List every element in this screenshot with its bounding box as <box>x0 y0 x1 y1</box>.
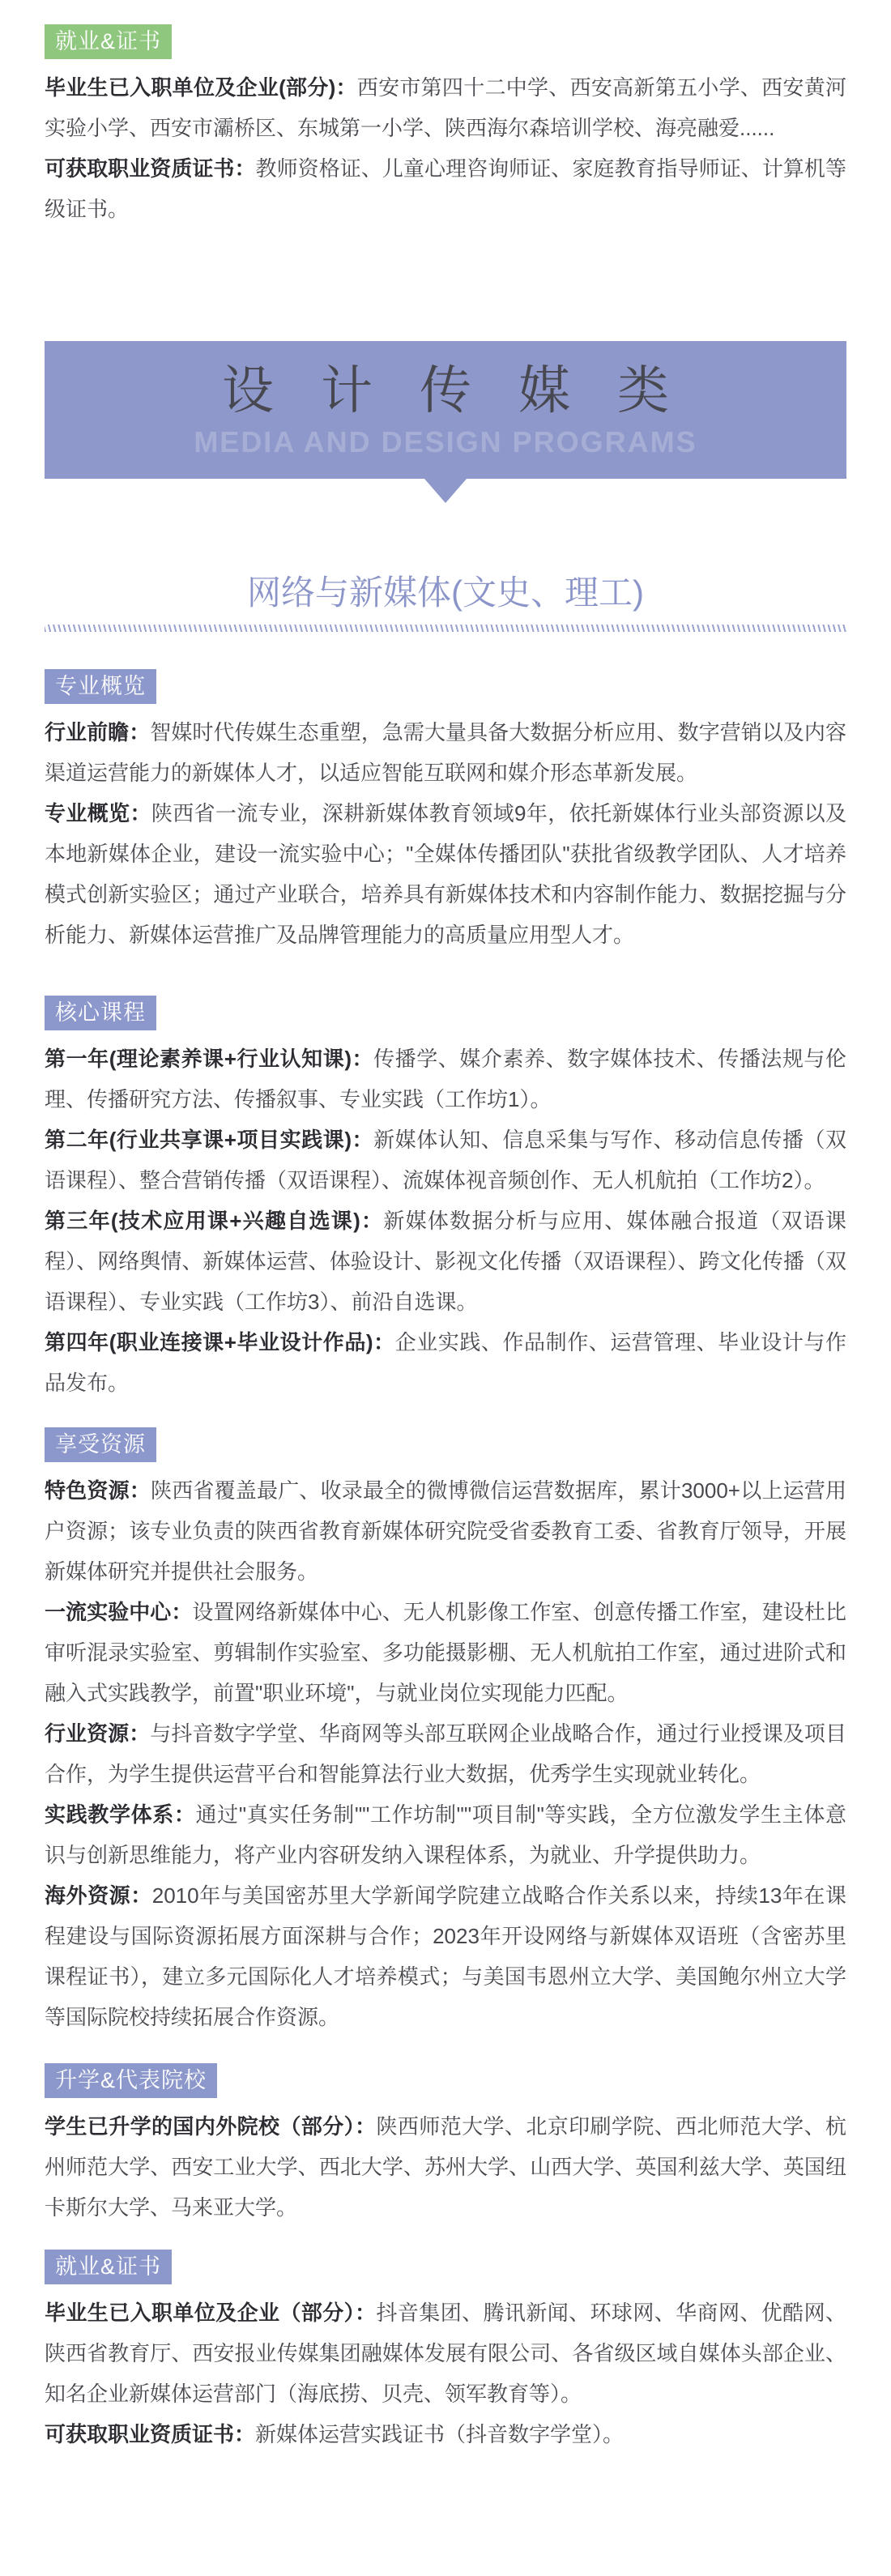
paragraph-certificates-top: 可获取职业资质证书：教师资格证、儿童心理咨询师证、家庭教育指导师证、计算机等级证… <box>45 148 846 229</box>
paragraph-text: 新媒体运营实践证书（抖音数字学堂）。 <box>255 2422 624 2446</box>
paragraph-label: 毕业生已入职单位及企业（部分）： <box>45 2301 376 2325</box>
paragraph-label: 第四年(职业连接课+毕业设计作品)： <box>45 1330 395 1354</box>
section-overview: 专业概览 行业前瞻：智媒时代传媒生态重塑，急需大量具备大数据分析应用、数字营销以… <box>45 669 846 955</box>
paragraph-label: 第一年(理论素养课+行业认知课)： <box>45 1047 373 1071</box>
paragraph-graduate-employers-top: 毕业生已入职单位及企业(部分)：西安市第四十二中学、西安高新第五小学、西安黄河实… <box>45 67 846 148</box>
page: 就业&证书 毕业生已入职单位及企业(部分)：西安市第四十二中学、西安高新第五小学… <box>0 0 891 2576</box>
badge-further-study: 升学&代表院校 <box>45 2063 217 2098</box>
banner-subtitle: MEDIA AND DESIGN PROGRAMS <box>45 425 846 459</box>
program-title: 网络与新媒体(文史、理工) <box>45 573 846 613</box>
paragraph-label: 行业资源： <box>45 1721 150 1746</box>
paragraph-text: 2010年与美国密苏里大学新闻学院建立战略合作关系以来，持续13年在课程建设与国… <box>45 1883 846 2029</box>
paragraph-text: 陕西省一流专业，深耕新媒体教育领域9年，依托新媒体行业头部资源以及本地新媒体企业… <box>45 801 846 947</box>
paragraph-lab-center: 一流实验中心：设置网络新媒体中心、无人机影像工作室、创意传播工作室，建设杜比审听… <box>45 1592 846 1713</box>
hatched-divider <box>45 625 846 632</box>
paragraph-year-4: 第四年(职业连接课+毕业设计作品)：企业实践、作品制作、运营管理、毕业设计与作品… <box>45 1322 846 1403</box>
paragraph-label: 一流实验中心： <box>45 1600 192 1624</box>
paragraph-program-overview: 专业概览：陕西省一流专业，深耕新媒体教育领域9年，依托新媒体行业头部资源以及本地… <box>45 793 846 955</box>
paragraph-label: 可获取职业资质证书： <box>45 2422 255 2446</box>
paragraph-label: 海外资源： <box>45 1883 152 1908</box>
paragraph-label: 可获取职业资质证书： <box>45 156 256 181</box>
banner-pointer-triangle <box>424 479 467 503</box>
section-bottom-employment: 就业&证书 毕业生已入职单位及企业（部分）：抖音集团、腾讯新闻、环球网、华商网、… <box>45 2250 846 2454</box>
paragraph-industry-outlook: 行业前瞻：智媒时代传媒生态重塑，急需大量具备大数据分析应用、数字营销以及内容渠道… <box>45 712 846 793</box>
content-column: 就业&证书 毕业生已入职单位及企业(部分)：西安市第四十二中学、西安高新第五小学… <box>45 0 846 2454</box>
paragraph-label: 行业前瞻： <box>45 720 150 744</box>
section-top-employment: 就业&证书 毕业生已入职单位及企业(部分)：西安市第四十二中学、西安高新第五小学… <box>45 0 846 229</box>
section-core-courses: 核心课程 第一年(理论素养课+行业认知课)：传播学、媒介素养、数字媒体技术、传播… <box>45 996 846 1403</box>
paragraph-overseas-resources: 海外资源：2010年与美国密苏里大学新闻学院建立战略合作关系以来，持续13年在课… <box>45 1875 846 2037</box>
badge-overview: 专业概览 <box>45 669 156 704</box>
section-further-study: 升学&代表院校 学生已升学的国内外院校（部分）：陕西师范大学、北京印刷学院、西北… <box>45 2063 846 2228</box>
paragraph-label: 第三年(技术应用课+兴趣自选课)： <box>45 1209 383 1233</box>
paragraph-label: 学生已升学的国内外院校（部分）： <box>45 2114 376 2139</box>
paragraph-year-2: 第二年(行业共享课+项目实践课)：新媒体认知、信息采集与写作、移动信息传播（双语… <box>45 1120 846 1201</box>
badge-employment-certificates-bottom: 就业&证书 <box>45 2250 172 2284</box>
banner-title: 设计传媒类 <box>45 360 846 420</box>
paragraph-featured-resources: 特色资源：陕西省覆盖最广、收录最全的微博微信运营数据库，累计3000+以上运营用… <box>45 1470 846 1592</box>
badge-employment-certificates-top: 就业&证书 <box>45 24 172 59</box>
paragraph-industry-resources: 行业资源：与抖音数字学堂、华商网等头部互联网企业战略合作，通过行业授课及项目合作… <box>45 1713 846 1794</box>
paragraph-practice-teaching: 实践教学体系：通过"真实任务制""工作坊制""项目制"等实践，全方位激发学生主体… <box>45 1794 846 1875</box>
paragraph-graduate-employers-bottom: 毕业生已入职单位及企业（部分）：抖音集团、腾讯新闻、环球网、华商网、优酷网、陕西… <box>45 2292 846 2414</box>
paragraph-text: 陕西省覆盖最广、收录最全的微博微信运营数据库，累计3000+以上运营用户资源；该… <box>45 1478 846 1584</box>
badge-core-courses: 核心课程 <box>45 996 156 1030</box>
category-banner: 设计传媒类 MEDIA AND DESIGN PROGRAMS <box>45 341 846 479</box>
paragraph-label: 特色资源： <box>45 1478 151 1503</box>
paragraph-certificates-bottom: 可获取职业资质证书：新媒体运营实践证书（抖音数字学堂）。 <box>45 2414 846 2454</box>
paragraph-label: 实践教学体系： <box>45 1802 196 1827</box>
paragraph-label: 第二年(行业共享课+项目实践课)： <box>45 1128 373 1152</box>
paragraph-year-3: 第三年(技术应用课+兴趣自选课)：新媒体数据分析与应用、媒体融合报道（双语课程）… <box>45 1201 846 1322</box>
badge-resources: 享受资源 <box>45 1427 156 1462</box>
paragraph-label: 专业概览： <box>45 801 151 825</box>
paragraph-year-1: 第一年(理论素养课+行业认知课)：传播学、媒介素养、数字媒体技术、传播法规与伦理… <box>45 1039 846 1120</box>
section-resources: 享受资源 特色资源：陕西省覆盖最广、收录最全的微博微信运营数据库，累计3000+… <box>45 1427 846 2037</box>
paragraph-further-study-schools: 学生已升学的国内外院校（部分）：陕西师范大学、北京印刷学院、西北师范大学、杭州师… <box>45 2106 846 2228</box>
paragraph-label: 毕业生已入职单位及企业(部分)： <box>45 75 357 100</box>
paragraph-text: 与抖音数字学堂、华商网等头部互联网企业战略合作，通过行业授课及项目合作，为学生提… <box>45 1721 846 1786</box>
paragraph-text: 智媒时代传媒生态重塑，急需大量具备大数据分析应用、数字营销以及内容渠道运营能力的… <box>45 720 846 785</box>
